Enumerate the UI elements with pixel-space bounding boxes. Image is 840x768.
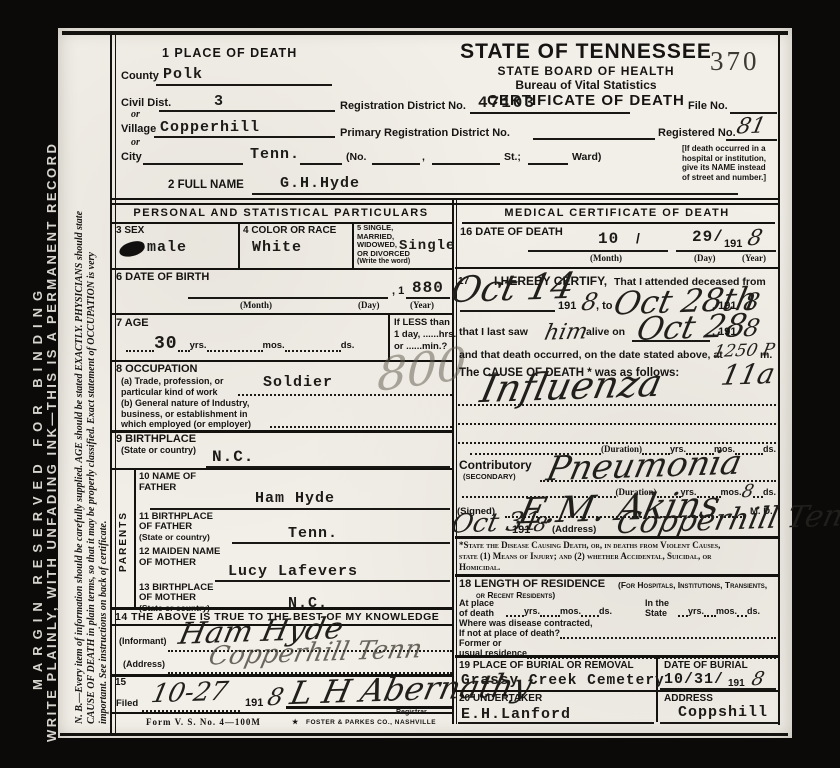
residence-label: 18 LENGTH OF RESIDENCE bbox=[459, 578, 605, 590]
marital-value: Single bbox=[399, 238, 455, 254]
dod-month-caption: (Month) bbox=[590, 253, 622, 263]
divider bbox=[110, 712, 452, 714]
residence-sub-line1: (For Hospitals, Institutions, Transients… bbox=[618, 580, 767, 590]
informant-address-label: (Address) bbox=[123, 659, 165, 669]
underline bbox=[372, 163, 420, 165]
underline bbox=[154, 136, 335, 138]
underline bbox=[215, 580, 450, 582]
st-label: St.; bbox=[504, 151, 521, 163]
contracted-line2: If not at place of death? bbox=[459, 626, 776, 639]
or-label: or bbox=[131, 137, 140, 148]
in-state-ds: ds. bbox=[747, 606, 760, 617]
cell-divider bbox=[352, 222, 354, 268]
occ-a-line: particular kind of work bbox=[121, 387, 224, 398]
at-place-ds: ds. bbox=[599, 606, 612, 617]
file-stamp-number: 370 bbox=[710, 46, 760, 77]
contributory-days-value: 8 bbox=[740, 486, 754, 498]
mother-name-label: 12 MAIDEN NAME OF MOTHER bbox=[139, 546, 220, 568]
bureau-title: Bureau of Vital Statistics bbox=[455, 78, 717, 92]
dod-year-caption: (Year) bbox=[742, 253, 766, 263]
underline bbox=[528, 250, 668, 252]
underline bbox=[156, 84, 332, 86]
last-saw-comma-191: , 191 bbox=[712, 326, 736, 338]
undertaker-address-label: ADDRESS bbox=[664, 693, 713, 704]
divider bbox=[462, 222, 775, 224]
parents-label: PARENTS bbox=[118, 511, 129, 572]
contributory-label: Contributory bbox=[459, 458, 532, 472]
reg-district-label: Registration District No. bbox=[340, 100, 466, 112]
underline bbox=[533, 138, 655, 140]
reg-district-value: 47103 bbox=[478, 94, 536, 112]
filed-date-value: 10-27 bbox=[148, 677, 230, 710]
age-ds-label: ds. bbox=[341, 340, 355, 352]
state-title: STATE OF TENNESSEE bbox=[455, 40, 717, 64]
village-label: Village bbox=[121, 123, 156, 135]
underline bbox=[252, 193, 738, 195]
at-place-leader: yrs. mos. ds. bbox=[506, 604, 636, 617]
dod-year-prefix: 191 bbox=[724, 238, 742, 250]
or-label: or bbox=[131, 109, 140, 120]
underline bbox=[159, 110, 335, 112]
last-saw-label: that I last saw bbox=[459, 326, 528, 338]
duration2-mos: mos. bbox=[721, 487, 742, 498]
attended-from-year-prefix: 191 bbox=[558, 300, 576, 312]
form-right-border bbox=[778, 35, 780, 725]
father-birthplace-value: Tenn. bbox=[288, 525, 338, 542]
leader-dots bbox=[207, 336, 263, 352]
civil-dist-label: Civil Dist. bbox=[121, 97, 171, 109]
father-name-label: 10 NAME OF FATHER bbox=[139, 471, 196, 493]
ward-label: Ward) bbox=[572, 151, 601, 163]
burial-date-label: DATE OF BURIAL bbox=[664, 660, 748, 671]
mother-bp-line: OF MOTHER bbox=[139, 593, 213, 603]
registered-no-value: 81 bbox=[734, 114, 768, 140]
occupation-label: 8 OCCUPATION bbox=[116, 363, 198, 375]
dod-day-value: 29/ bbox=[692, 228, 724, 246]
mother-name-value: Lucy Lafevers bbox=[228, 563, 358, 580]
signature-line bbox=[286, 706, 452, 709]
mother-name-line: 12 MAIDEN NAME bbox=[139, 546, 220, 557]
leader-dots bbox=[285, 336, 341, 352]
place-of-death-title: 1 PLACE OF DEATH bbox=[162, 46, 297, 60]
underline bbox=[460, 310, 555, 312]
leader-dots bbox=[581, 601, 599, 617]
dob-year-prefix: , 1 bbox=[392, 285, 404, 297]
leader-line bbox=[540, 478, 776, 482]
dob-year-value: 880 bbox=[412, 279, 444, 297]
board-title: STATE BOARD OF HEALTH bbox=[455, 64, 717, 78]
underline bbox=[470, 112, 630, 114]
underline bbox=[726, 139, 777, 141]
file-no-label: File No. bbox=[688, 100, 728, 112]
divider bbox=[110, 203, 780, 205]
cell-divider bbox=[238, 222, 240, 268]
leader-dots bbox=[178, 336, 190, 352]
leader-dots bbox=[704, 601, 716, 617]
cause-footnote: *State the Disease Causing Death, or, in… bbox=[459, 540, 777, 573]
divider bbox=[455, 690, 779, 692]
father-birthplace-label: 11 BIRTHPLACE OF FATHER (State or countr… bbox=[139, 512, 213, 542]
filed-number: 15 bbox=[115, 677, 126, 688]
no-label: (No. bbox=[346, 151, 366, 163]
birthplace-sub: (State or country) bbox=[121, 445, 196, 455]
right-section-title: MEDICAL CERTIFICATE OF DEATH bbox=[457, 207, 777, 219]
dod-slash: / bbox=[636, 230, 640, 246]
dob-year-caption: (Year) bbox=[410, 300, 434, 310]
undertaker-address-value: Coppshill bbox=[678, 704, 768, 721]
margin-nb-line: N. B.—Every item of information should b… bbox=[74, 34, 86, 724]
to-label: , to bbox=[596, 300, 613, 312]
divider bbox=[110, 313, 452, 315]
duration-ds: ds. bbox=[763, 444, 776, 455]
divider bbox=[110, 468, 452, 470]
occupation-a-value: Soldier bbox=[263, 374, 333, 391]
race-value: White bbox=[252, 239, 302, 256]
underline bbox=[432, 163, 500, 165]
undertaker-value: E.H.Lanford bbox=[461, 706, 571, 723]
signed-year-prefix: 191 bbox=[512, 524, 530, 536]
undertaker-label: 20 UNDERTAKER bbox=[459, 693, 542, 704]
age-line: 30 yrs. mos. ds. bbox=[126, 333, 384, 352]
margin-write-plainly-text: WRITE PLAINLY, WITH UNFADING INK—THIS IS… bbox=[44, 142, 59, 742]
hospital-note-line: [If death occurred in a bbox=[682, 144, 782, 154]
margin-nb-note: N. B.—Every item of information should b… bbox=[74, 34, 110, 724]
underline bbox=[300, 163, 342, 165]
leader-dots bbox=[678, 601, 688, 617]
footnote-line: state (1) Means of Injury; and (2) wheth… bbox=[459, 551, 777, 562]
death-occurred-label: and that death occurred, on the date sta… bbox=[459, 349, 723, 361]
underline bbox=[458, 722, 654, 724]
divider bbox=[110, 198, 780, 200]
in-state-leader: yrs. mos. ds. bbox=[678, 604, 776, 617]
hospital-note-line: of street and number.] bbox=[682, 173, 782, 183]
at-place-line: of death bbox=[459, 608, 494, 618]
county-label: County bbox=[121, 70, 159, 82]
signed-address-label: (Address) bbox=[552, 524, 596, 535]
underline bbox=[188, 297, 388, 299]
dob-day-caption: (Day) bbox=[358, 300, 380, 310]
hospital-note-line: give its NAME instead bbox=[682, 163, 782, 173]
printer-star-icon: ★ bbox=[292, 718, 298, 726]
civil-dist-value: 3 bbox=[214, 93, 224, 110]
registered-no-label: Registered No. bbox=[658, 127, 736, 139]
underline bbox=[232, 542, 450, 544]
age-less-line: If LESS than bbox=[394, 317, 456, 329]
filed-year-prefix: 191 bbox=[245, 697, 263, 709]
divider bbox=[110, 607, 452, 610]
mother-name-line: OF MOTHER bbox=[139, 557, 220, 568]
top-border bbox=[62, 31, 788, 35]
date-of-death-label: 16 DATE OF DEATH bbox=[460, 226, 563, 238]
marital-label-line: (Write the word) bbox=[357, 258, 410, 267]
comma: , bbox=[422, 151, 425, 163]
informant-label: (Informant) bbox=[119, 636, 167, 646]
race-label: 4 COLOR OR RACE bbox=[243, 225, 336, 236]
birthplace-value: N.C. bbox=[212, 448, 254, 466]
divider bbox=[455, 574, 779, 577]
contributory-secondary-caption: (SECONDARY) bbox=[463, 472, 516, 481]
underline bbox=[406, 297, 450, 299]
county-value: Polk bbox=[163, 66, 203, 83]
underline bbox=[528, 163, 568, 165]
burial-place-value: Grassy Creek Cemetery bbox=[461, 673, 665, 689]
occ-b-line: business, or establishment in bbox=[121, 409, 251, 420]
leader-dots bbox=[540, 601, 560, 617]
burial-place-label: 19 PLACE OF BURIAL OR REMOVAL bbox=[459, 660, 634, 671]
leader-dots bbox=[737, 601, 747, 617]
margin-nb-line: important. See instructions on back of c… bbox=[98, 34, 110, 724]
in-state-line: In the bbox=[645, 598, 669, 608]
underline bbox=[660, 722, 778, 724]
alive-on-label: alive on bbox=[586, 326, 625, 338]
dod-day-caption: (Day) bbox=[694, 253, 716, 263]
occ-b-line: (b) General nature of Industry, bbox=[121, 398, 251, 409]
at-place-line: At place bbox=[459, 598, 494, 608]
scanned-death-certificate: MARGIN RESERVED FOR BINDING WRITE PLAINL… bbox=[0, 0, 840, 768]
village-value: Copperhill bbox=[160, 119, 260, 136]
form-left-border-inner bbox=[115, 35, 116, 733]
underline bbox=[632, 340, 710, 342]
printer-credit: FOSTER & PARKES CO., NASHVILLE bbox=[306, 719, 436, 726]
dob-label: 6 DATE OF BIRTH bbox=[116, 271, 209, 283]
footnote-line: *State the Disease Causing Death, or, in… bbox=[459, 540, 777, 551]
divider bbox=[110, 268, 452, 270]
at-place-yrs: yrs. bbox=[524, 606, 540, 617]
age-mos-label: mos. bbox=[263, 340, 285, 352]
dod-month-value: 10 bbox=[598, 230, 619, 248]
sex-label: 3 SEX bbox=[116, 225, 144, 236]
underline bbox=[676, 250, 776, 252]
in-state-mos: mos. bbox=[716, 606, 737, 617]
in-state-yrs: yrs. bbox=[688, 606, 704, 617]
father-bp-line: OF FATHER bbox=[139, 522, 213, 532]
at-place-label: At place of death bbox=[459, 598, 494, 618]
occupation-a-label: (a) Trade, profession, or particular kin… bbox=[121, 376, 224, 397]
filed-label: Filed bbox=[116, 698, 138, 709]
dob-month-caption: (Month) bbox=[240, 300, 272, 310]
in-state-label: In the State bbox=[645, 598, 669, 618]
margin-nb-line: CAUSE OF DEATH in plain terms, so that i… bbox=[86, 34, 98, 724]
form-left-border bbox=[110, 35, 112, 733]
birthplace-label: 9 BIRTHPLACE bbox=[116, 433, 196, 445]
underline bbox=[150, 508, 450, 510]
him-handwritten: him bbox=[542, 319, 590, 345]
hospital-note: [If death occurred in a hospital or inst… bbox=[682, 144, 782, 182]
full-name-value: G.H.Hyde bbox=[280, 175, 360, 192]
leader-line bbox=[270, 424, 452, 428]
divider bbox=[455, 536, 779, 539]
father-name-line: 10 NAME OF bbox=[139, 471, 196, 482]
form-number: Form V. S. No. 4—100M bbox=[146, 717, 261, 727]
left-section-title: PERSONAL AND STATISTICAL PARTICULARS bbox=[110, 207, 452, 219]
hospital-note-line: hospital or institution, bbox=[682, 154, 782, 164]
cause-code-annotation: 11a bbox=[718, 357, 778, 392]
in-state-line: State bbox=[645, 608, 669, 618]
occupation-b-label: (b) General nature of Industry, business… bbox=[121, 398, 251, 430]
father-bp-sub: (State or country) bbox=[139, 532, 213, 542]
leader-line bbox=[458, 421, 776, 425]
age-yrs-label: yrs. bbox=[190, 340, 207, 352]
duration2-ds: ds. bbox=[763, 487, 776, 498]
underline bbox=[143, 163, 243, 165]
leader-dots bbox=[506, 601, 524, 617]
primary-reg-label: Primary Registration District No. bbox=[340, 127, 510, 139]
father-name-value: Ham Hyde bbox=[255, 490, 335, 507]
city-value: Tenn. bbox=[250, 146, 300, 163]
father-name-line: FATHER bbox=[139, 482, 196, 493]
full-name-label: 2 FULL NAME bbox=[168, 179, 244, 191]
footnote-line: Homicidal. bbox=[459, 562, 777, 573]
leader-dots bbox=[560, 623, 776, 639]
at-place-mos: mos. bbox=[560, 606, 581, 617]
divider bbox=[455, 655, 779, 658]
occ-b-line: which employed (or employer) bbox=[121, 419, 251, 430]
age-label: 7 AGE bbox=[116, 317, 149, 329]
leader-line bbox=[458, 402, 776, 406]
margin-binding-text: MARGIN RESERVED FOR BINDING bbox=[30, 284, 45, 690]
bottom-border bbox=[60, 733, 788, 736]
burial-date-value: 10/31/ bbox=[664, 671, 724, 688]
parents-divider bbox=[134, 468, 136, 607]
occ-a-line: (a) Trade, profession, or bbox=[121, 376, 224, 387]
leader-dots bbox=[126, 336, 154, 352]
sex-value: male bbox=[147, 239, 187, 256]
city-label: City bbox=[121, 151, 142, 163]
age-value: 30 bbox=[154, 336, 178, 352]
